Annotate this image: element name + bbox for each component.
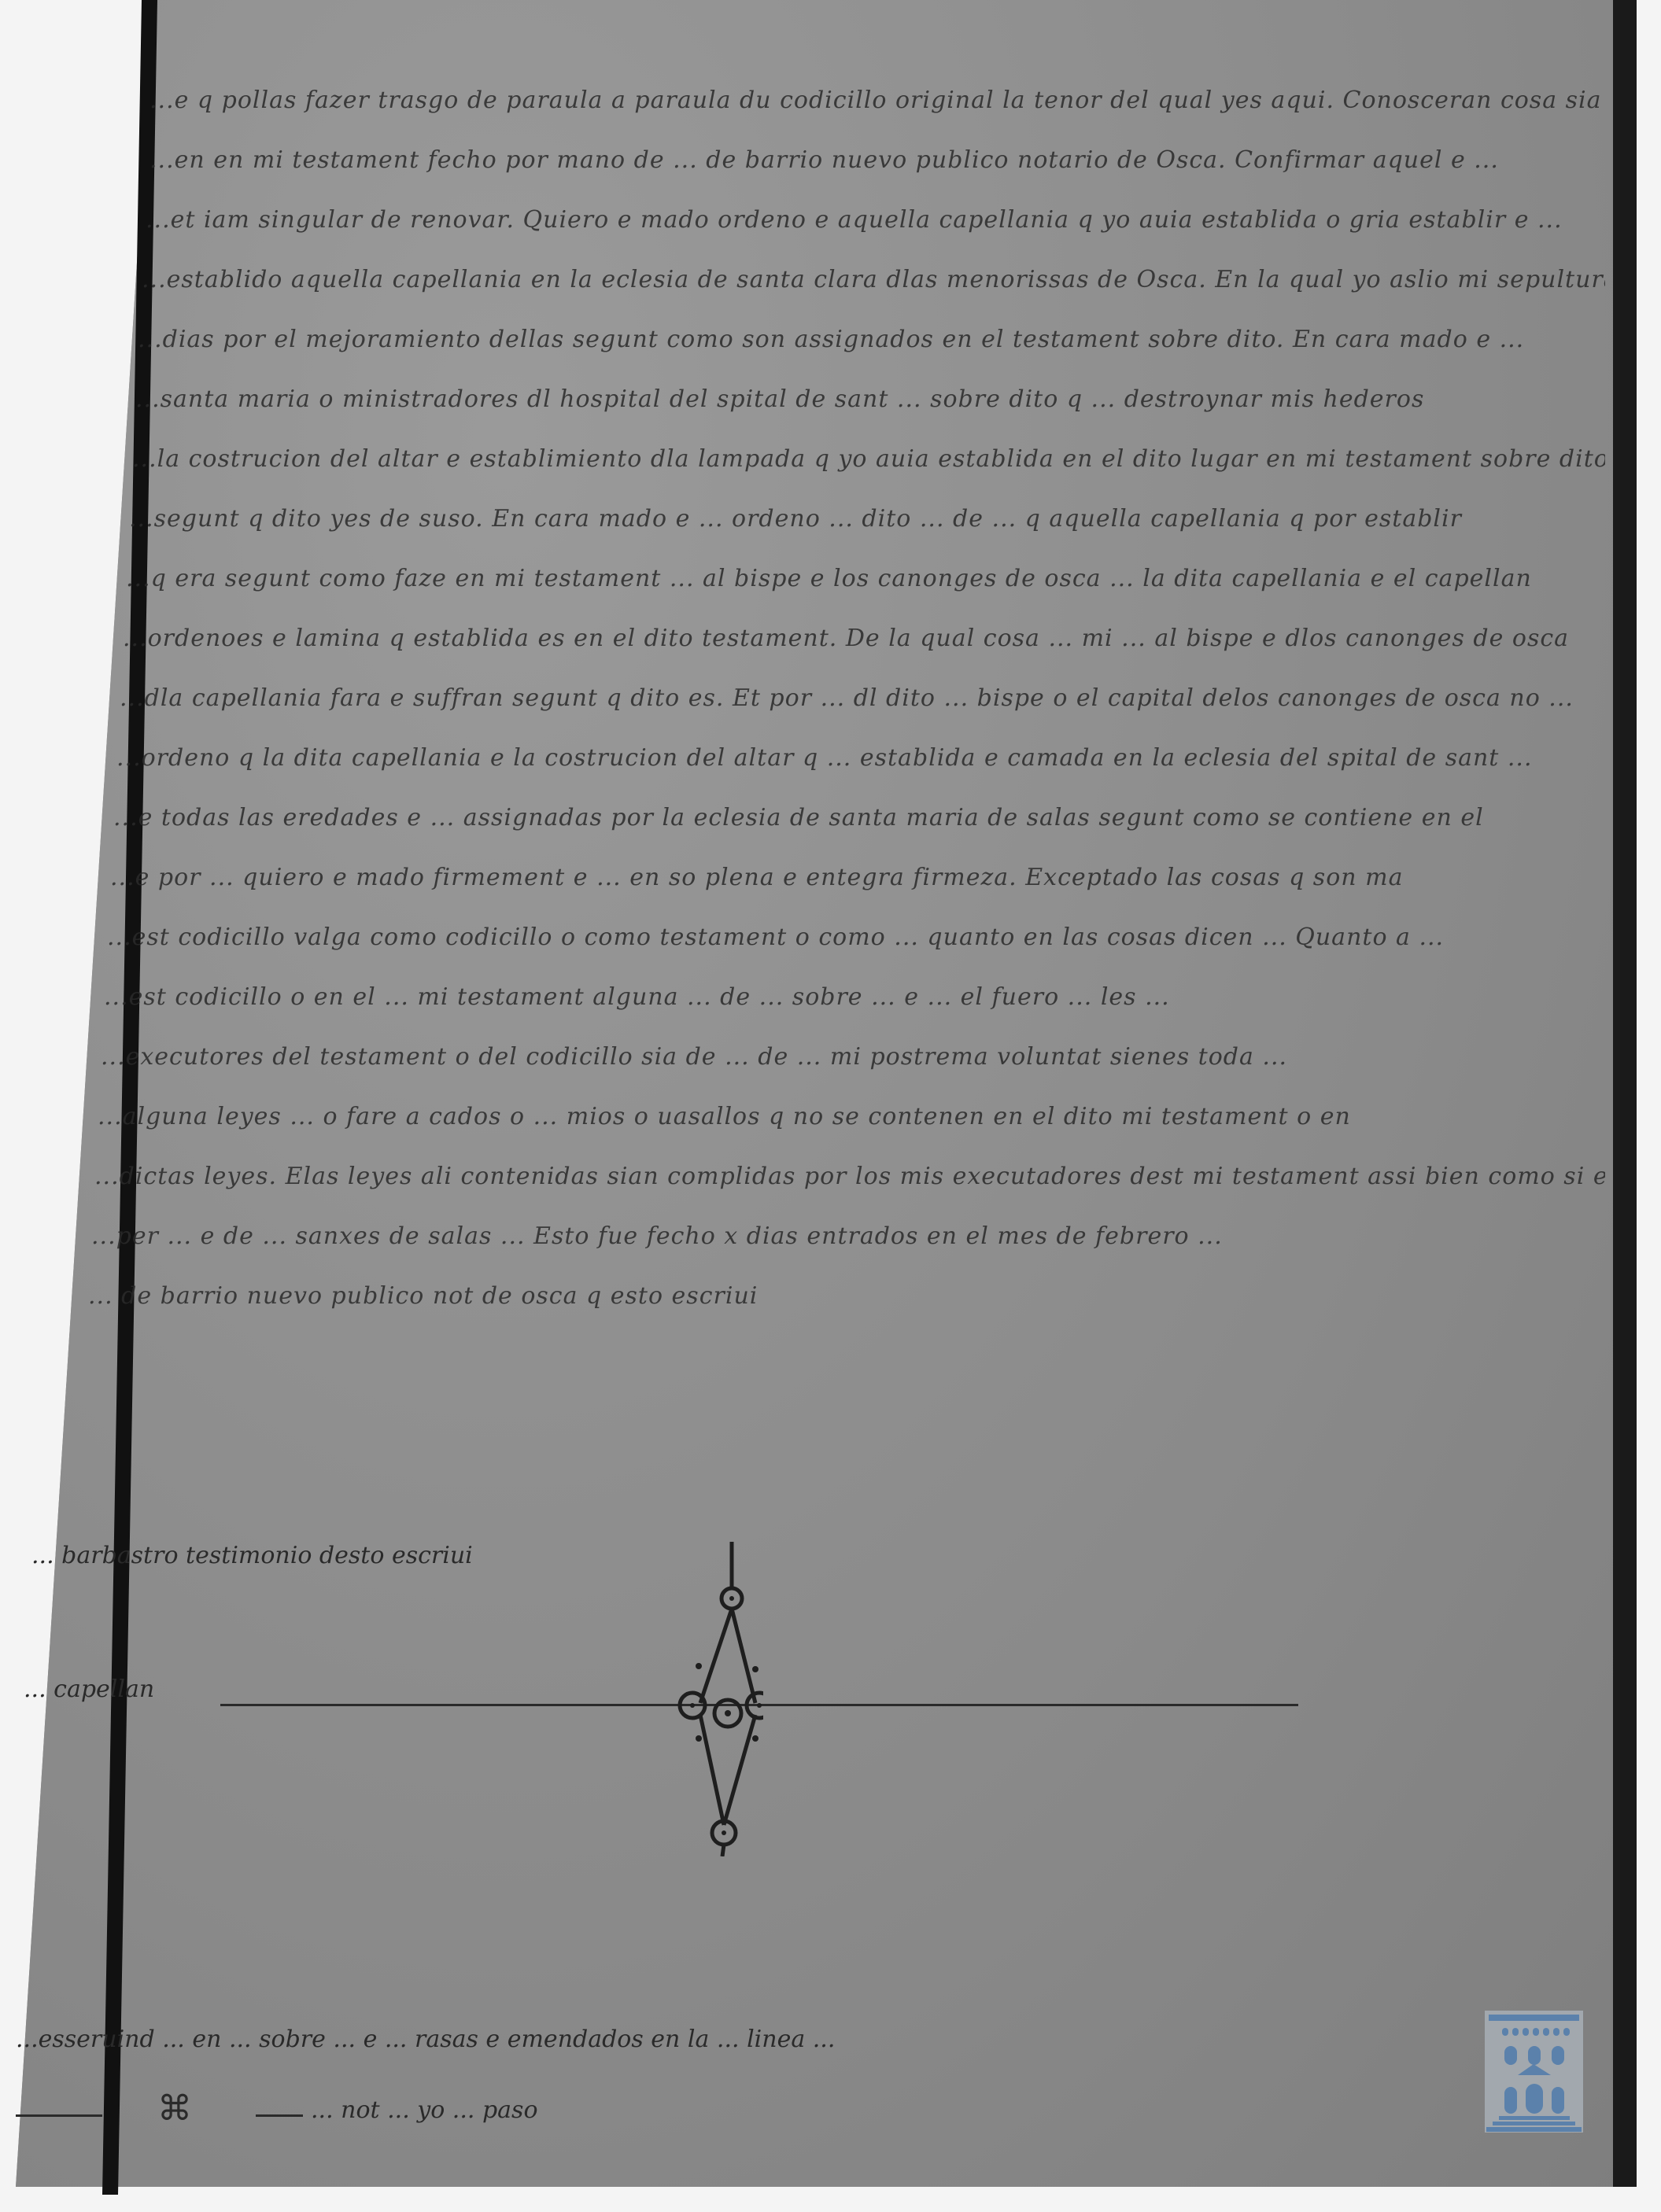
text-line: ...est codicillo valga como codicillo o … xyxy=(63,908,1605,968)
text-line: ...et iam singular de renovar. Quiero e … xyxy=(63,190,1605,250)
closing-line: ...esseruind ... en ... sobre ... e ... … xyxy=(16,2026,835,2053)
text-line: ...dla capellania fara e suffran segunt … xyxy=(63,669,1605,728)
text-line: ...establido aquella capellania en la ec… xyxy=(63,250,1605,310)
closing-rule xyxy=(256,2114,303,2117)
text-line: ...ordeno q la dita capellania e la cost… xyxy=(63,728,1605,788)
text-line: ...en en mi testament fecho por mano de … xyxy=(63,131,1605,190)
manuscript-text: ...e q pollas fazer trasgo de paraula a … xyxy=(63,71,1605,1326)
text-line: ...la costrucion del altar e establimien… xyxy=(63,429,1605,489)
text-line: ...executores del testament o del codici… xyxy=(63,1027,1605,1087)
witness-line: ... capellan xyxy=(24,1676,154,1703)
text-line: ... de barrio nuevo publico not de osca … xyxy=(63,1266,1605,1326)
text-line: ...ordenoes e lamina q establida es en e… xyxy=(63,609,1605,669)
closing-rule xyxy=(16,2114,102,2117)
text-line: ...per ... e de ... sanxes de salas ... … xyxy=(63,1207,1605,1266)
institution-building-logo-icon xyxy=(1485,2011,1583,2133)
notary-knot-icon: ⌘ xyxy=(157,2088,192,2129)
dark-right-edge xyxy=(1613,0,1637,2187)
text-line: ...santa maria o ministradores dl hospit… xyxy=(63,370,1605,429)
text-line: ...q era segunt como faze en mi testamen… xyxy=(63,549,1605,609)
text-line: ...alguna leyes ... o fare a cados o ...… xyxy=(63,1087,1605,1147)
witness-line: ... barbastro testimonio desto escriui xyxy=(31,1542,473,1569)
text-line: ...segunt q dito yes de suso. En cara ma… xyxy=(63,489,1605,549)
notary-sign-icon xyxy=(653,1542,763,1856)
text-line: ...e q pollas fazer trasgo de paraula a … xyxy=(63,71,1605,131)
text-line: ...e por ... quiero e mado firmement e .… xyxy=(63,848,1605,908)
text-line: ...dictas leyes. Elas leyes ali contenid… xyxy=(63,1147,1605,1207)
closing-line: ... not ... yo ... paso xyxy=(311,2096,538,2124)
text-line: ...e todas las eredades e ... assignadas… xyxy=(63,788,1605,848)
text-line: ...est codicillo o en el ... mi testamen… xyxy=(63,968,1605,1027)
text-line: ...dias por el mejoramiento dellas segun… xyxy=(63,310,1605,370)
